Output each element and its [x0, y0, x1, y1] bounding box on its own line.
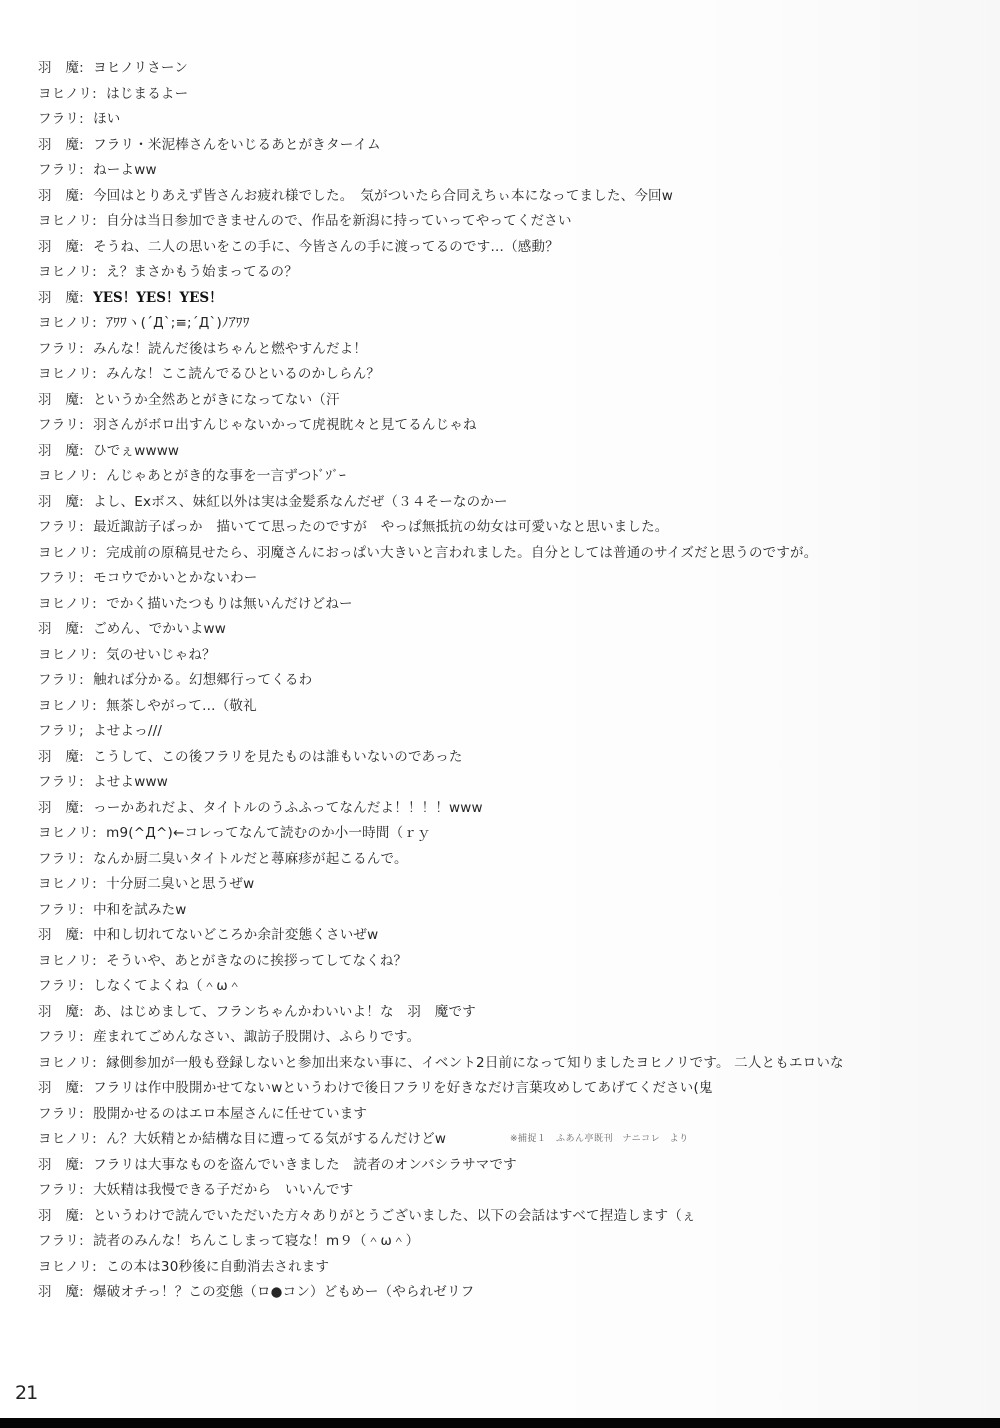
speech-text: みんな！ここ読んでるひといるのかしらん？	[106, 366, 380, 382]
speech-text: 気のせいじゃね？	[106, 647, 216, 663]
afterword-dialogue: 羽 魔:ヨヒノリさーンヨヒノリ:はじまるよーフラリ:ほい羽 魔:フラリ・米泥棒さ…	[38, 56, 978, 1306]
speaker-name: 羽 魔	[38, 1280, 79, 1306]
speaker-name: ヨヒノリ	[38, 821, 92, 847]
speaker-name: 羽 魔	[38, 923, 79, 949]
speech-text: フラリは作中股開かせてないwというわけで後日フラリを好きなだけ言葉攻めしてあげて…	[93, 1080, 713, 1096]
dialogue-line: 羽 魔:ひでぇwwww	[38, 439, 978, 465]
speaker-name: 羽 魔	[38, 235, 79, 261]
dialogue-line: ヨヒノリ:無茶しやがって…（敬礼	[38, 694, 978, 720]
speech-text: ん？大妖精とか結構な目に遭ってる気がするんだけどw	[106, 1131, 446, 1147]
speaker-separator: :	[79, 617, 93, 643]
speaker-name: フラリ	[38, 1229, 79, 1255]
speech-text: 股開かせるのはエロ本屋さんに任せています	[93, 1106, 367, 1122]
speaker-separator: :	[79, 515, 93, 541]
dialogue-line: フラリ:羽さんがボロ出すんじゃないかって虎視眈々と見てるんじゃね	[38, 413, 978, 439]
dialogue-line: フラリ:触れば分かる。幻想郷行ってくるわ	[38, 668, 978, 694]
dialogue-line: 羽 魔:ごめん、でかいよww	[38, 617, 978, 643]
speaker-separator: :	[79, 490, 93, 516]
speaker-name: ヨヒノリ	[38, 464, 92, 490]
speaker-name: 羽 魔	[38, 1000, 79, 1026]
speaker-name: ヨヒノリ	[38, 949, 92, 975]
speech-text: 完成前の原稿見せたら、羽魔さんにおっぱい大きいと言われました。自分としては普通の…	[106, 545, 817, 561]
speaker-separator: :	[79, 1076, 93, 1102]
speaker-name: 羽 魔	[38, 745, 79, 771]
speech-text: ねーよww	[93, 162, 157, 178]
dialogue-line: ヨヒノリ:完成前の原稿見せたら、羽魔さんにおっぱい大きいと言われました。自分とし…	[38, 541, 978, 567]
speaker-name: 羽 魔	[38, 439, 79, 465]
speaker-separator: :	[92, 1051, 106, 1077]
dialogue-line: ヨヒノリ:自分は当日参加できませんので、作品を新潟に持っていってやってください	[38, 209, 978, 235]
dialogue-line: 羽 魔:フラリ・米泥棒さんをいじるあとがきターイム	[38, 133, 978, 159]
speech-text: ひでぇwwww	[93, 443, 179, 459]
speaker-separator: :	[92, 362, 106, 388]
dialogue-line: ヨヒノリ:縁側参加が一般も登録しないと参加出来ない事に、イベント2日前になって知…	[38, 1051, 978, 1077]
speaker-separator: :	[79, 337, 93, 363]
dialogue-line: 羽 魔:YES！YES！YES！	[38, 286, 978, 312]
speech-text: 羽さんがボロ出すんじゃないかって虎視眈々と見てるんじゃね	[93, 417, 477, 433]
speaker-name: ヨヒノリ	[38, 1255, 92, 1281]
speaker-name: フラリ	[38, 719, 79, 745]
speaker-name: 羽 魔	[38, 286, 79, 312]
dialogue-line: 羽 魔:中和し切れてないどころか余計変態くさいぜw	[38, 923, 978, 949]
dialogue-line: フラリ;よせよっ///	[38, 719, 978, 745]
speaker-separator: :	[79, 1153, 93, 1179]
speaker-name: フラリ	[38, 770, 79, 796]
dialogue-line: 羽 魔:こうして、この後フラリを見たものは誰もいないのであった	[38, 745, 978, 771]
dialogue-line: ヨヒノリ:んじゃあとがき的な事を一言ずつﾄﾞｿﾞｰ	[38, 464, 978, 490]
dialogue-line: ヨヒノリ:ｱﾜﾜヽ(´Д`;≡;´Д`)ﾉｱﾜﾜ	[38, 311, 978, 337]
speaker-separator: :	[92, 464, 106, 490]
dialogue-line: ヨヒノリ:でかく描いたつもりは無いんだけどねー	[38, 592, 978, 618]
speaker-separator: :	[79, 1280, 93, 1306]
speaker-separator: :	[79, 1000, 93, 1026]
speaker-name: 羽 魔	[38, 56, 79, 82]
speech-text: 爆破オチっ！？この変態（ロ●コン）どもめー（やられゼリフ	[93, 1284, 474, 1300]
dialogue-line: フラリ:みんな！読んだ後はちゃんと燃やすんだよ！	[38, 337, 978, 363]
speaker-separator: :	[92, 82, 106, 108]
dialogue-line: フラリ:モコウでかいとかないわー	[38, 566, 978, 592]
speech-text: 縁側参加が一般も登録しないと参加出来ない事に、イベント2日前になって知りましたヨ…	[106, 1055, 844, 1071]
speech-text: m9(^Д^)←コレってなんて読むのか小一時間（ｒｙ	[106, 825, 431, 841]
dialogue-line: ヨヒノリ:気のせいじゃね？	[38, 643, 978, 669]
speech-text: 無茶しやがって…（敬礼	[106, 698, 257, 714]
speaker-name: ヨヒノリ	[38, 82, 92, 108]
speech-text: 十分厨二臭いと思うぜw	[106, 876, 254, 892]
dialogue-line: ヨヒノリ:みんな！ここ読んでるひといるのかしらん？	[38, 362, 978, 388]
dialogue-line: 羽 魔:っーかあれだよ、タイトルのうふふってなんだよ！！！！www	[38, 796, 978, 822]
dialogue-line: 羽 魔:今回はとりあえず皆さんお疲れ様でした。 気がついたら合同えちぃ本になって…	[38, 184, 978, 210]
speech-text: よせよっ///	[93, 723, 162, 739]
speaker-name: ヨヒノリ	[38, 643, 92, 669]
speaker-name: 羽 魔	[38, 1153, 79, 1179]
speaker-separator: :	[92, 260, 106, 286]
dialogue-line: フラリ:読者のみんな！ちんこしまって寝な！m９（＾ω＾）	[38, 1229, 978, 1255]
speaker-separator: :	[92, 1255, 106, 1281]
dialogue-line: フラリ:ねーよww	[38, 158, 978, 184]
speech-text: ｱﾜﾜヽ(´Д`;≡;´Д`)ﾉｱﾜﾜ	[106, 315, 250, 331]
speaker-name: ヨヒノリ	[38, 541, 92, 567]
speaker-separator: :	[92, 821, 106, 847]
speaker-separator: :	[79, 796, 93, 822]
speech-text: っーかあれだよ、タイトルのうふふってなんだよ！！！！www	[93, 800, 483, 816]
speaker-separator: :	[79, 668, 93, 694]
dialogue-line: ヨヒノリ:十分厨二臭いと思うぜw	[38, 872, 978, 898]
dialogue-line: フラリ:中和を試みたw	[38, 898, 978, 924]
speaker-name: フラリ	[38, 847, 79, 873]
speaker-separator: :	[79, 107, 93, 133]
speaker-name: 羽 魔	[38, 133, 79, 159]
dialogue-line: フラリ:大妖精は我慢できる子だから いいんです	[38, 1178, 978, 1204]
speech-text: ごめん、でかいよww	[93, 621, 226, 637]
speaker-name: フラリ	[38, 337, 79, 363]
speech-text: しなくてよくね（＾ω＾	[93, 978, 242, 994]
speaker-name: フラリ	[38, 107, 79, 133]
dialogue-line: ヨヒノリ:m9(^Д^)←コレってなんて読むのか小一時間（ｒｙ	[38, 821, 978, 847]
speaker-separator: :	[79, 566, 93, 592]
speaker-name: 羽 魔	[38, 796, 79, 822]
speech-text: 中和を試みたw	[93, 902, 186, 918]
speaker-separator: :	[92, 872, 106, 898]
speaker-separator: :	[92, 643, 106, 669]
speech-text: YES！YES！YES！	[93, 290, 223, 306]
dialogue-line: フラリ:なんか厨二臭いタイトルだと蕁麻疹が起こるんで。	[38, 847, 978, 873]
speaker-separator: :	[79, 56, 93, 82]
speech-text: 産まれてごめんなさい、諏訪子股開け、ふらりです。	[93, 1029, 420, 1045]
speaker-separator: :	[79, 413, 93, 439]
dialogue-line: 羽 魔:よし、Exボス、妹紅以外は実は金髪系なんだぜ（３４そーなのかー	[38, 490, 978, 516]
page-bottom-edge	[0, 1418, 1000, 1428]
speaker-name: ヨヒノリ	[38, 694, 92, 720]
dialogue-line: ヨヒノリ:この本は30秒後に自動消去されます	[38, 1255, 978, 1281]
speaker-name: フラリ	[38, 1178, 79, 1204]
speech-text: というわけで読んでいただいた方々ありがとうございました、以下の会話はすべて捏造し…	[93, 1208, 696, 1224]
document-page: 羽 魔:ヨヒノリさーンヨヒノリ:はじまるよーフラリ:ほい羽 魔:フラリ・米泥棒さ…	[0, 0, 1000, 1418]
speaker-name: ヨヒノリ	[38, 311, 92, 337]
dialogue-line: フラリ:よせよwww	[38, 770, 978, 796]
speaker-separator: :	[79, 184, 93, 210]
dialogue-line: ヨヒノリ:え？まさかもう始まってるの？	[38, 260, 978, 286]
speaker-separator: :	[79, 286, 93, 312]
speaker-name: ヨヒノリ	[38, 1051, 92, 1077]
speaker-name: フラリ	[38, 515, 79, 541]
speaker-name: フラリ	[38, 898, 79, 924]
speaker-separator: :	[79, 158, 93, 184]
speaker-name: 羽 魔	[38, 184, 79, 210]
speaker-name: 羽 魔	[38, 1204, 79, 1230]
dialogue-line: ヨヒノリ:はじまるよー	[38, 82, 978, 108]
speaker-separator: :	[79, 388, 93, 414]
speech-text: え？まさかもう始まってるの？	[106, 264, 298, 280]
speaker-name: ヨヒノリ	[38, 260, 92, 286]
speaker-separator: :	[79, 1178, 93, 1204]
dialogue-line: フラリ:産まれてごめんなさい、諏訪子股開け、ふらりです。	[38, 1025, 978, 1051]
speaker-separator: :	[79, 1102, 93, 1128]
speaker-name: フラリ	[38, 413, 79, 439]
speech-text: 大妖精は我慢できる子だから いいんです	[93, 1182, 353, 1198]
speaker-separator: :	[92, 694, 106, 720]
speech-text: んじゃあとがき的な事を一言ずつﾄﾞｿﾞｰ	[106, 468, 346, 484]
speech-text: 触れば分かる。幻想郷行ってくるわ	[93, 672, 312, 688]
speaker-separator: :	[92, 592, 106, 618]
speaker-name: ヨヒノリ	[38, 1127, 92, 1153]
speaker-separator: :	[79, 439, 93, 465]
speech-text: よし、Exボス、妹紅以外は実は金髪系なんだぜ（３４そーなのかー	[93, 494, 508, 510]
speaker-name: フラリ	[38, 974, 79, 1000]
dialogue-line: 羽 魔:フラリは大事なものを盗んでいきました 読者のオンバシラサマです	[38, 1153, 978, 1179]
speech-text: というか全然あとがきになってない（汗	[93, 392, 340, 408]
speech-text: はじまるよー	[106, 86, 188, 102]
dialogue-line: フラリ:しなくてよくね（＾ω＾	[38, 974, 978, 1000]
speaker-name: フラリ	[38, 668, 79, 694]
speaker-separator: :	[79, 133, 93, 159]
dialogue-line: 羽 魔:というか全然あとがきになってない（汗	[38, 388, 978, 414]
speech-text: あ、はじめまして、フランちゃんかわいいよ！な 羽 魔です	[93, 1004, 476, 1020]
speaker-separator: :	[79, 1025, 93, 1051]
speech-text: 中和し切れてないどころか余計変態くさいぜw	[93, 927, 378, 943]
dialogue-line: フラリ:ほい	[38, 107, 978, 133]
speaker-name: 羽 魔	[38, 388, 79, 414]
speaker-separator: :	[79, 1229, 93, 1255]
dialogue-line: 羽 魔:フラリは作中股開かせてないwというわけで後日フラリを好きなだけ言葉攻めし…	[38, 1076, 978, 1102]
speaker-separator: :	[79, 235, 93, 261]
dialogue-line: フラリ:最近諏訪子ばっか 描いてて思ったのですが やっぱ無抵抗の幼女は可愛いなと…	[38, 515, 978, 541]
speaker-name: ヨヒノリ	[38, 209, 92, 235]
dialogue-line: 羽 魔:あ、はじめまして、フランちゃんかわいいよ！な 羽 魔です	[38, 1000, 978, 1026]
speaker-separator: :	[92, 541, 106, 567]
footnote: ※捕捉１ ふあん亭既刊 ナニコレ より	[510, 1127, 689, 1153]
speaker-separator: :	[92, 311, 106, 337]
speaker-name: 羽 魔	[38, 490, 79, 516]
speaker-separator: :	[92, 209, 106, 235]
dialogue-line: 羽 魔:爆破オチっ！？この変態（ロ●コン）どもめー（やられゼリフ	[38, 1280, 978, 1306]
speaker-separator: :	[79, 923, 93, 949]
speech-text: この本は30秒後に自動消去されます	[106, 1259, 329, 1275]
speaker-separator: :	[79, 1204, 93, 1230]
speaker-name: 羽 魔	[38, 1076, 79, 1102]
dialogue-line: 羽 魔:というわけで読んでいただいた方々ありがとうございました、以下の会話はすべ…	[38, 1204, 978, 1230]
dialogue-line: ヨヒノリ:ん？大妖精とか結構な目に遭ってる気がするんだけどw※捕捉１ ふあん亭既…	[38, 1127, 978, 1153]
dialogue-line: ヨヒノリ:そういや、あとがきなのに挨拶ってしてなくね？	[38, 949, 978, 975]
speaker-name: ヨヒノリ	[38, 872, 92, 898]
dialogue-line: フラリ:股開かせるのはエロ本屋さんに任せています	[38, 1102, 978, 1128]
page-number: 21	[15, 1382, 37, 1404]
speaker-separator: :	[92, 1127, 106, 1153]
speaker-separator: :	[79, 745, 93, 771]
speaker-separator: :	[79, 898, 93, 924]
speaker-name: フラリ	[38, 1102, 79, 1128]
speaker-name: フラリ	[38, 566, 79, 592]
speaker-separator: :	[79, 974, 93, 1000]
speaker-name: フラリ	[38, 158, 79, 184]
speaker-name: ヨヒノリ	[38, 592, 92, 618]
speech-text: フラリは大事なものを盗んでいきました 読者のオンバシラサマです	[93, 1157, 517, 1173]
speech-text: でかく描いたつもりは無いんだけどねー	[106, 596, 353, 612]
speech-text: ほい	[93, 111, 120, 127]
speech-text: そうね、二人の思いをこの手に、今皆さんの手に渡ってるのです…（感動？	[93, 239, 559, 255]
speaker-separator: :	[79, 770, 93, 796]
speech-text: 読者のみんな！ちんこしまって寝な！m９（＾ω＾）	[93, 1233, 419, 1249]
speech-text: こうして、この後フラリを見たものは誰もいないのであった	[93, 749, 463, 765]
speaker-name: 羽 魔	[38, 617, 79, 643]
speech-text: なんか厨二臭いタイトルだと蕁麻疹が起こるんで。	[93, 851, 408, 867]
speaker-separator: :	[92, 949, 106, 975]
speech-text: 今回はとりあえず皆さんお疲れ様でした。 気がついたら合同えちぃ本になってました、…	[93, 188, 673, 204]
dialogue-line: 羽 魔:そうね、二人の思いをこの手に、今皆さんの手に渡ってるのです…（感動？	[38, 235, 978, 261]
speaker-name: フラリ	[38, 1025, 79, 1051]
speaker-separator: :	[79, 847, 93, 873]
speech-text: みんな！読んだ後はちゃんと燃やすんだよ！	[93, 341, 367, 357]
speech-text: モコウでかいとかないわー	[93, 570, 257, 586]
speaker-separator: ;	[79, 719, 93, 745]
speech-text: 自分は当日参加できませんので、作品を新潟に持っていってやってください	[106, 213, 572, 229]
dialogue-line: 羽 魔:ヨヒノリさーン	[38, 56, 978, 82]
speech-text: ヨヒノリさーン	[93, 60, 188, 76]
speech-text: 最近諏訪子ばっか 描いてて思ったのですが やっぱ無抵抗の幼女は可愛いなと思いまし…	[93, 519, 668, 535]
speech-text: そういや、あとがきなのに挨拶ってしてなくね？	[106, 953, 407, 969]
speaker-name: ヨヒノリ	[38, 362, 92, 388]
speech-text: よせよwww	[93, 774, 168, 790]
speech-text: フラリ・米泥棒さんをいじるあとがきターイム	[93, 137, 381, 153]
